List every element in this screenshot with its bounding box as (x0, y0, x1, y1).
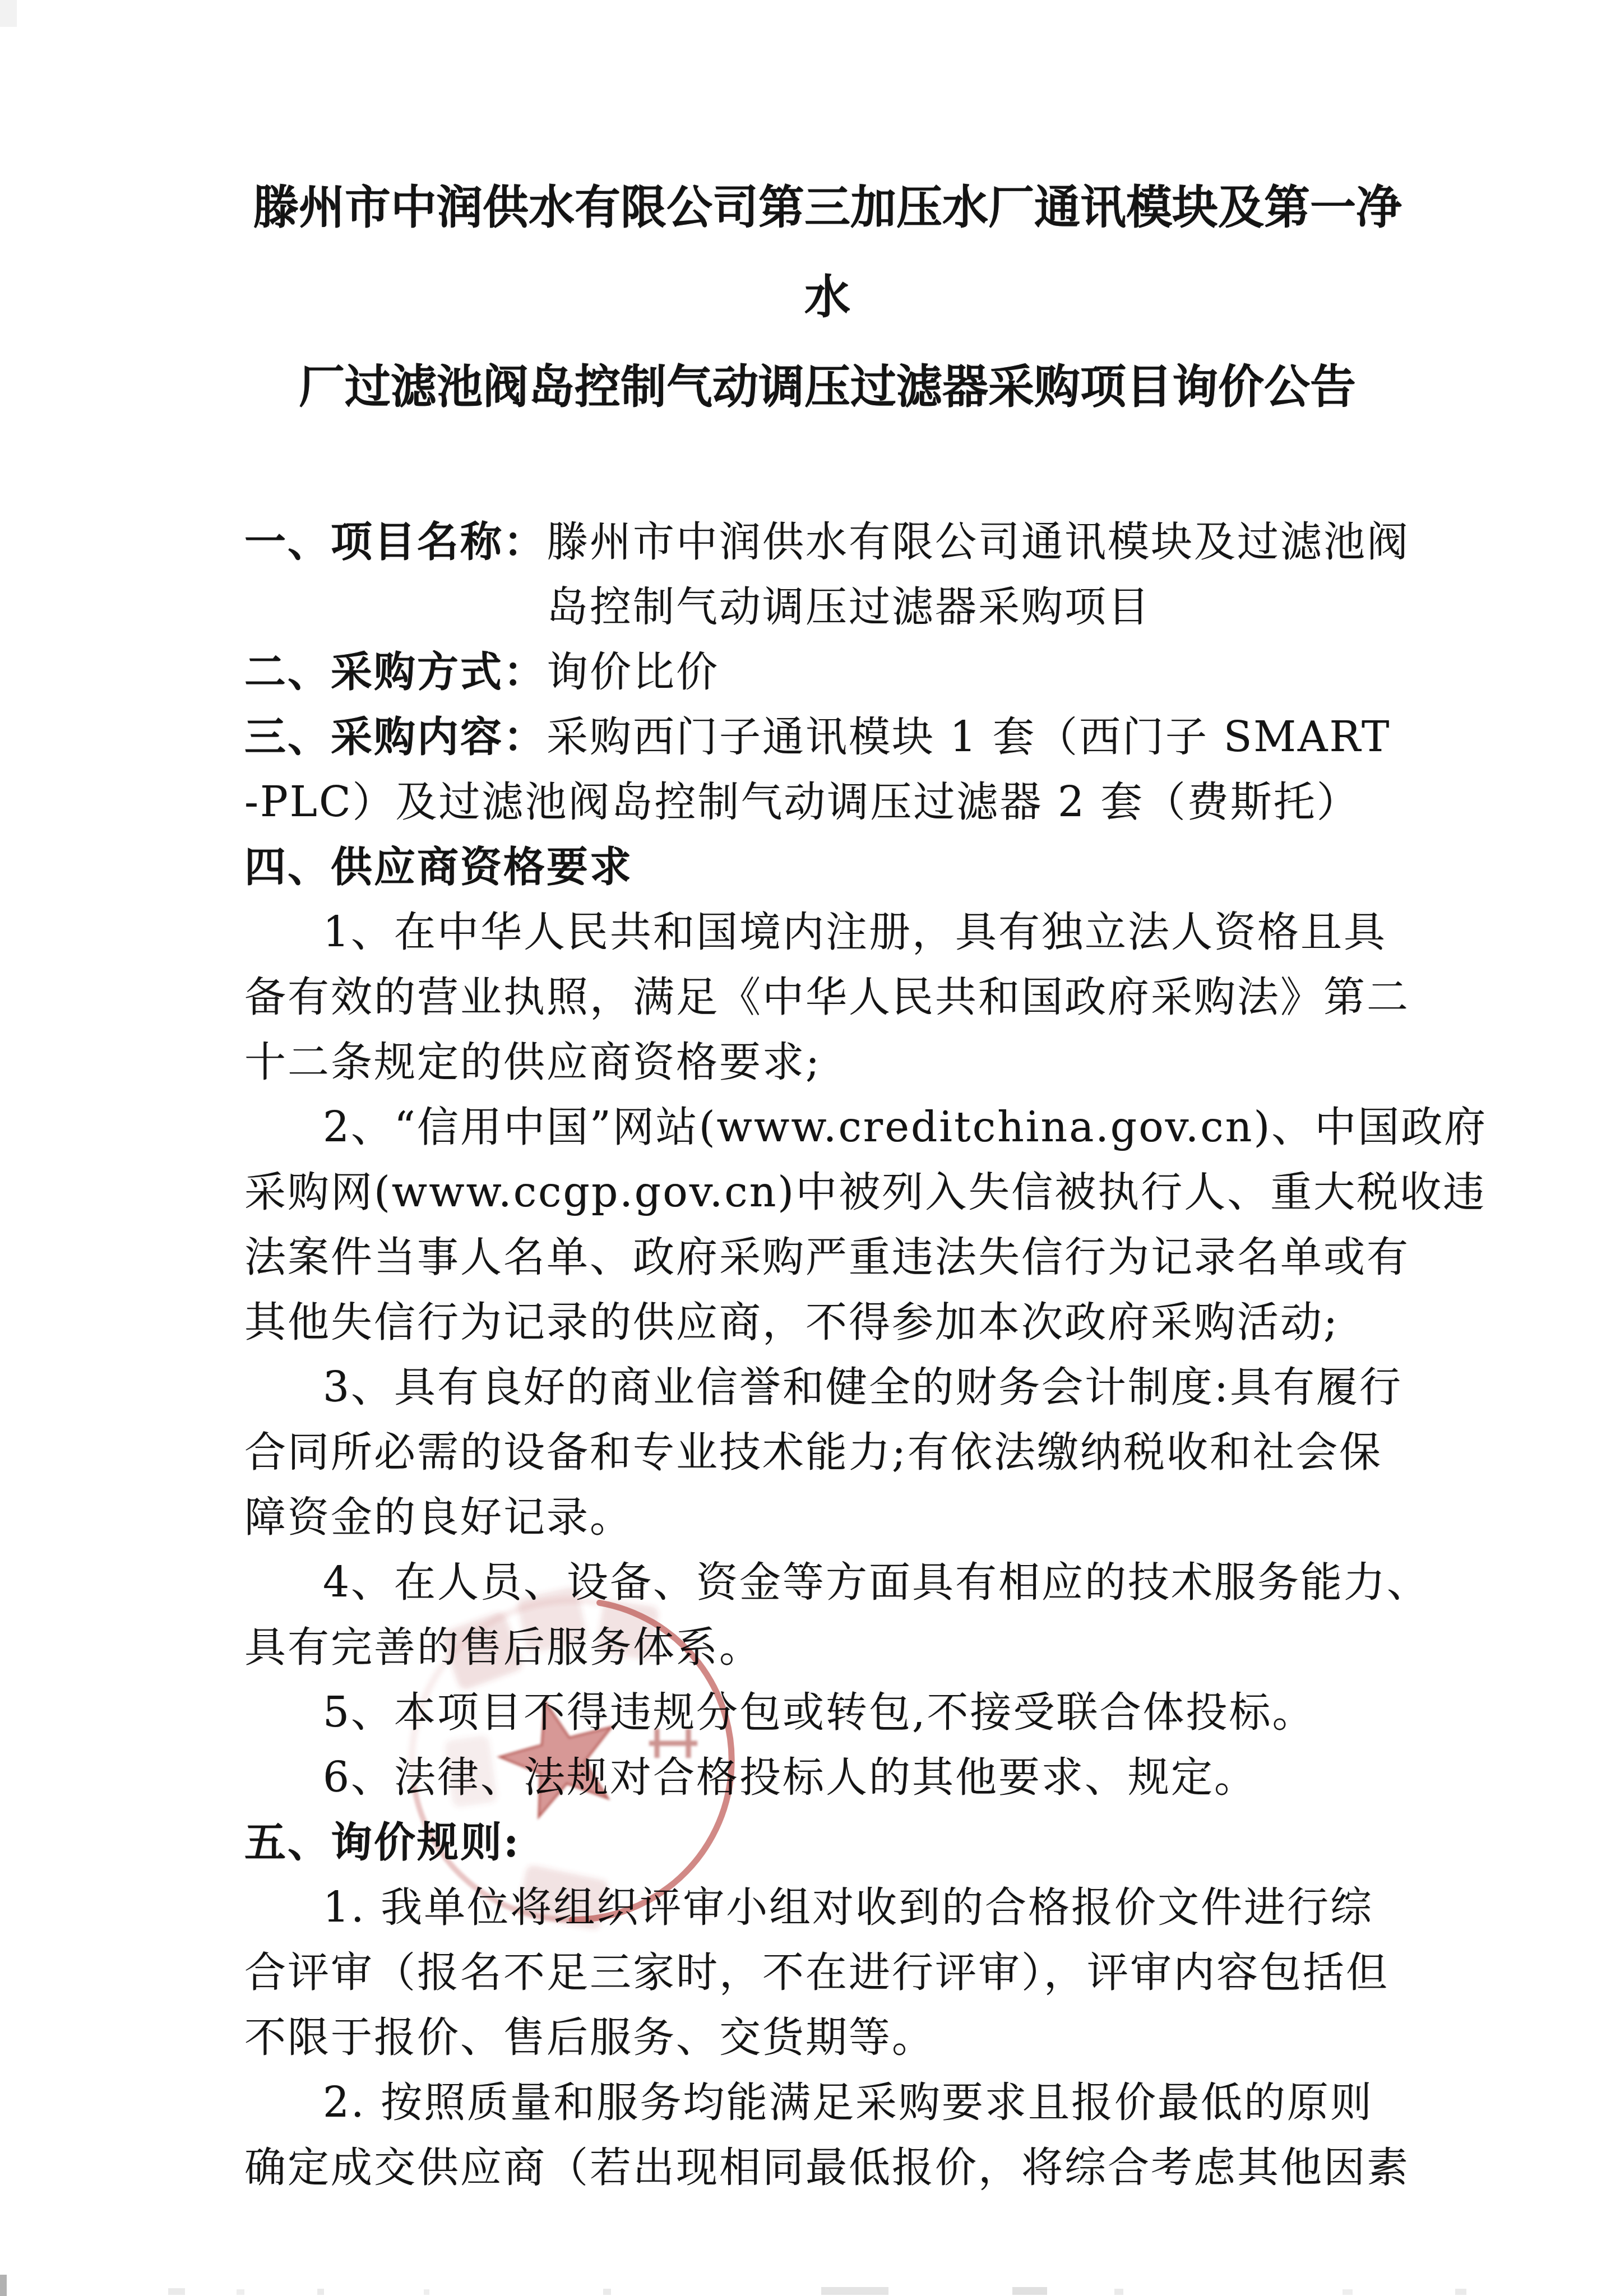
document-line: 障资金的良好记录。 (244, 1485, 1410, 1550)
document-line: 其他失信行为记录的供应商，不得参加本次政府采购活动; (244, 1290, 1410, 1355)
document-line: 四、供应商资格要求 (244, 835, 1410, 900)
line-text: 采购网(www.ccgp.gov.cn)中被列入失信被执行人、重大税收违 (244, 1168, 1486, 1216)
document-title-line: 滕州市中润供水有限公司第三加压水厂通讯模块及第一净水 (244, 163, 1410, 342)
scan-artifact (317, 2289, 324, 2295)
document-line: 确定成交供应商（若出现相同最低报价，将综合考虑其他因素 (244, 2135, 1410, 2200)
section-heading: 二、采购方式： (244, 648, 547, 696)
document-line: 一、项目名称：滕州市中润供水有限公司通讯模块及过滤池阀 (244, 510, 1410, 575)
line-text: 其他失信行为记录的供应商，不得参加本次政府采购活动; (244, 1298, 1339, 1346)
line-text: 障资金的良好记录。 (244, 1493, 633, 1542)
line-text: 不限于报价、售后服务、交货期等。 (244, 2013, 935, 2062)
document-line: 岛控制气动调压过滤器采购项目 (244, 575, 1410, 640)
document-line: 1. 我单位将组织评审小组对收到的合格报价文件进行综 (244, 1875, 1410, 1940)
line-text: -PLC）及过滤池阀岛控制气动调压过滤器 2 套（费斯托） (244, 778, 1360, 826)
document-line: 备有效的营业执照，满足《中华人民共和国政府采购法》第二 (244, 965, 1410, 1030)
document-line: 2、“信用中国”网站(www.creditchina.gov.cn)、中国政府 (244, 1095, 1410, 1160)
line-text: 6、法律、法规对合格投标人的其他要求、规定。 (323, 1753, 1257, 1802)
scan-artifact (603, 2289, 611, 2295)
scan-artifact (1455, 2289, 1466, 2295)
scan-corner-smudge (0, 0, 17, 27)
scanned-document-page: 滕州市中润供水有限公司第三加压水厂通讯模块及第一净水 厂过滤池阀岛控制气动调压过… (0, 0, 1597, 2296)
document-line: 5、本项目不得违规分包或转包,不接受联合体投标。 (244, 1680, 1410, 1745)
document-line: 五、询价规则: (244, 1810, 1410, 1875)
document-line: 不限于报价、售后服务、交货期等。 (244, 2005, 1410, 2070)
line-text: 1、在中华人民共和国境内注册，具有独立法人资格且具 (323, 908, 1387, 956)
line-text: 十二条规定的供应商资格要求; (244, 1038, 821, 1086)
scan-artifact (168, 2288, 185, 2295)
document-line: 3、具有良好的商业信誉和健全的财务会计制度:具有履行 (244, 1355, 1410, 1420)
scan-artifact (821, 2287, 888, 2295)
document-line: 2. 按照质量和服务均能满足采购要求且报价最低的原则 (244, 2070, 1410, 2135)
line-text: 采购西门子通讯模块 1 套（西门子 SMART (547, 713, 1391, 761)
document-line: 6、法律、法规对合格投标人的其他要求、规定。 (244, 1745, 1410, 1810)
scan-artifact (1012, 2287, 1047, 2295)
document-line: 二、采购方式：询价比价 (244, 640, 1410, 705)
line-text: 滕州市中润供水有限公司通讯模块及过滤池阀 (547, 518, 1410, 566)
line-text: 备有效的营业执照，满足《中华人民共和国政府采购法》第二 (244, 973, 1410, 1021)
line-text: 具有完善的售后服务体系。 (244, 1623, 762, 1672)
line-text: 询价比价 (547, 648, 719, 696)
line-text: 岛控制气动调压过滤器采购项目 (547, 583, 1151, 631)
line-text: 合评审（报名不足三家时，不在进行评审），评审内容包括但 (244, 1948, 1389, 1997)
document-line: -PLC）及过滤池阀岛控制气动调压过滤器 2 套（费斯托） (244, 770, 1410, 835)
scan-artifact (1343, 2289, 1353, 2295)
document-line: 十二条规定的供应商资格要求; (244, 1030, 1410, 1095)
document-line: 三、采购内容：采购西门子通讯模块 1 套（西门子 SMART (244, 705, 1410, 770)
line-text: 1. 我单位将组织评审小组对收到的合格报价文件进行综 (323, 1883, 1373, 1932)
line-text: 3、具有良好的商业信誉和健全的财务会计制度:具有履行 (323, 1363, 1402, 1411)
document-line: 合同所必需的设备和专业技术能力;有依法缴纳税收和社会保 (244, 1420, 1410, 1485)
document-line: 1、在中华人民共和国境内注册，具有独立法人资格且具 (244, 900, 1410, 965)
scan-artifact (424, 2289, 429, 2295)
section-heading: 四、供应商资格要求 (244, 843, 633, 891)
document-line: 法案件当事人名单、政府采购严重违法失信行为记录名单或有 (244, 1225, 1410, 1290)
document-line: 4、在人员、设备、资金等方面具有相应的技术服务能力、 (244, 1550, 1410, 1615)
section-heading: 五、询价规则: (244, 1818, 520, 1867)
document-title-line: 厂过滤池阀岛控制气动调压过滤器采购项目询价公告 (244, 342, 1410, 432)
line-text: 确定成交供应商（若出现相同最低报价，将综合考虑其他因素 (244, 2144, 1410, 2192)
document-title: 滕州市中润供水有限公司第三加压水厂通讯模块及第一净水 厂过滤池阀岛控制气动调压过… (244, 163, 1410, 432)
document-body: 一、项目名称：滕州市中润供水有限公司通讯模块及过滤池阀 岛控制气动调压过滤器采购… (244, 510, 1410, 2200)
line-text: 2. 按照质量和服务均能满足采购要求且报价最低的原则 (323, 2079, 1373, 2127)
document-line: 具有完善的售后服务体系。 (244, 1615, 1410, 1680)
line-text: 4、在人员、设备、资金等方面具有相应的技术服务能力、 (323, 1558, 1430, 1607)
scan-artifact (0, 2275, 7, 2296)
document-line: 合评审（报名不足三家时，不在进行评审），评审内容包括但 (244, 1940, 1410, 2005)
line-text: 5、本项目不得违规分包或转包,不接受联合体投标。 (323, 1688, 1316, 1737)
section-heading: 三、采购内容： (244, 713, 547, 761)
document-content: 滕州市中润供水有限公司第三加压水厂通讯模块及第一净水 厂过滤池阀岛控制气动调压过… (244, 163, 1410, 2200)
line-text: 合同所必需的设备和专业技术能力;有依法缴纳税收和社会保 (244, 1428, 1382, 1476)
scan-artifact (1114, 2289, 1123, 2295)
section-heading: 一、项目名称： (244, 518, 547, 566)
line-text: 2、“信用中国”网站(www.creditchina.gov.cn)、中国政府 (323, 1103, 1487, 1151)
line-text: 法案件当事人名单、政府采购严重违法失信行为记录名单或有 (244, 1233, 1410, 1281)
document-line: 采购网(www.ccgp.gov.cn)中被列入失信被执行人、重大税收违 (244, 1160, 1410, 1225)
scan-artifact (237, 2289, 244, 2295)
